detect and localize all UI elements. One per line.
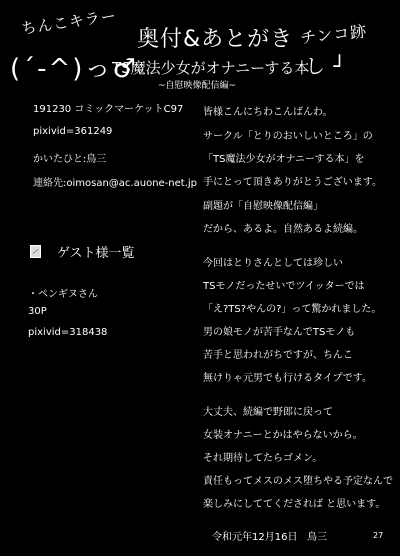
afterword-line: 楽しみにしててくだされば と思います。 xyxy=(203,495,385,510)
afterword-line: 「え?TS?やんの?」って驚かれました。 xyxy=(203,300,381,315)
footer-date: 令和元年12月16日 xyxy=(212,528,297,543)
afterword-line: 今回はとりさんとしては珍しい xyxy=(203,254,343,269)
pixiv-id: pixivid=361249 xyxy=(33,126,112,137)
contact-line: 連絡先:oimosan@ac.auone-net.jp xyxy=(33,174,197,189)
handwritten-doodle: し ┘ xyxy=(305,50,346,79)
afterword-line: 責任もってメスのメス堕ちやる予定なんで xyxy=(203,472,393,487)
afterword-line: 手にとって頂きありがとうございます。 xyxy=(203,173,382,188)
guest-list-heading: ゲスト様一覧 xyxy=(30,242,134,261)
guest-name: ・ペンギヌさん xyxy=(28,285,98,300)
guest-pages: 30P xyxy=(28,306,47,317)
afterword-line: だから、あるよ。自然あるよ続編。 xyxy=(203,220,363,235)
afterword-line: サークル「とりのおいしいところ」の xyxy=(203,127,373,142)
afterword-line: 女装オナニーとかはやらないから。 xyxy=(203,426,363,441)
guest-pixiv-id: pixivid=318438 xyxy=(28,327,107,338)
event-line: 191230 コミックマーケットC97 xyxy=(33,100,183,115)
afterword-line: それ期待してたらゴメン。 xyxy=(203,449,322,464)
afterword-line: 苦手と思われがちですが、ちんこ xyxy=(203,346,353,361)
footer-author: 鳥三 xyxy=(307,528,327,543)
handwritten-note-top-right: チンコ跡 xyxy=(299,19,368,49)
afterword-line: 皆様こんにちわこんばんわ。 xyxy=(203,103,333,118)
book-title: TS魔法少女がオナニーする本 xyxy=(112,57,309,78)
page-title: 奥付&あとがき xyxy=(137,22,293,53)
afterword-line: 男の娘モノが苦手なんでTSモノも xyxy=(203,323,355,338)
afterword-line: 副題が「自慰映像配信編」 xyxy=(203,197,323,212)
afterword-line: TSモノだったせいでツイッターでは xyxy=(203,277,365,292)
guest-list-title: ゲスト様一覧 xyxy=(57,242,134,261)
book-subtitle: ~自慰映像配信編~ xyxy=(158,78,236,91)
page-number: 27 xyxy=(373,531,383,540)
author-line: かいたひと:鳥三 xyxy=(33,150,106,165)
afterword-line: 大丈夫、続編で野郎に戻って xyxy=(203,403,333,418)
handwritten-note-top-left: ちんこキラー xyxy=(20,5,118,39)
afterword-line: 「TS魔法少女がオナニーする本」を xyxy=(203,150,365,165)
afterword-line: 無けりゃ元男でも行けるタイプです。 xyxy=(203,369,372,384)
page-icon xyxy=(30,245,41,258)
